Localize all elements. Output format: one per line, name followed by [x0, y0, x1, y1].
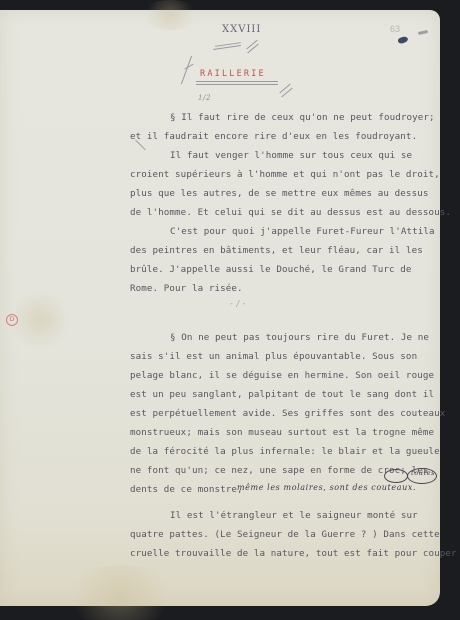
text-line: cruelle trouvaille de la nature, tout es…	[130, 544, 457, 563]
margin-note-fraction: 1/2	[198, 94, 211, 102]
chapter-number: XXVIII	[222, 24, 261, 35]
text-line: et il faudrait encore rire d'eux en les …	[130, 127, 417, 146]
manuscript-page: XXVIII 63 RAILLERIE 1/2 § Il faut rire d…	[0, 10, 440, 606]
archive-stamp: D	[6, 314, 18, 326]
text-line: sais s'il est un animal plus épouvantabl…	[130, 347, 417, 366]
ink-blot-mark	[397, 35, 408, 44]
text-line: croient supérieurs à l'homme et qui n'on…	[130, 165, 440, 184]
title-underline	[196, 81, 278, 82]
circled-word-les	[384, 469, 408, 483]
typed-body: § Il faut rire de ceux qu'on ne peut fou…	[0, 10, 34, 548]
page-number: 63	[390, 24, 400, 34]
text-line: pelage blanc, il se déguise en hermine. …	[130, 366, 434, 385]
text-line: brûle. J'appelle aussi le Douché, le Gra…	[130, 260, 412, 279]
pencil-margin-stroke	[184, 64, 193, 70]
pencil-margin-stroke	[181, 56, 192, 85]
text-line: de la férocité la plus infernale: le bla…	[130, 442, 440, 461]
chapter-title: RAILLERIE	[200, 69, 266, 79]
paper-stain	[140, 0, 200, 30]
text-line: Rome. Pour la risée.	[130, 279, 243, 298]
text-line: quatre pattes. (Le Seigneur de la Guerre…	[130, 525, 440, 544]
text-line: est un peu sanglant, palpitant de tout l…	[130, 385, 434, 404]
text-line: C'est pour quoi j'appelle Furet-Fureur l…	[170, 222, 435, 241]
text-line: de l'homme. Et celui qui se dit au dessu…	[130, 203, 451, 222]
handwritten-word-toutes: toutes	[411, 469, 435, 477]
text-line: § Il faut rire de ceux qu'on ne peut fou…	[170, 108, 435, 127]
title-underline	[196, 84, 278, 85]
text-line: plus que les autres, de se mettre eux mê…	[130, 184, 428, 203]
text-line: § On ne peut pas toujours rire du Furet.…	[170, 328, 429, 347]
pencil-smudge	[418, 30, 428, 35]
paper-stain	[60, 565, 180, 620]
text-line: monstrueux; mais son museau surtout est …	[130, 423, 434, 442]
text-line: Il est l'étrangleur et le saigneur monté…	[170, 506, 418, 525]
margin-marks: - / -	[230, 299, 246, 308]
scanned-manuscript-view: XXVIII 63 RAILLERIE 1/2 § Il faut rire d…	[0, 0, 460, 620]
text-line: des peintres en bâtiments, et leur fléau…	[130, 241, 423, 260]
text-line: Il faut venger l'homme sur tous ceux qui…	[170, 146, 412, 165]
handwritten-insertion: même les molaires, sont des couteaux.	[237, 483, 416, 492]
text-line: dents de ce monstre,	[130, 480, 243, 499]
text-line: est perpétuellement avide. Ses griffes s…	[130, 404, 445, 423]
